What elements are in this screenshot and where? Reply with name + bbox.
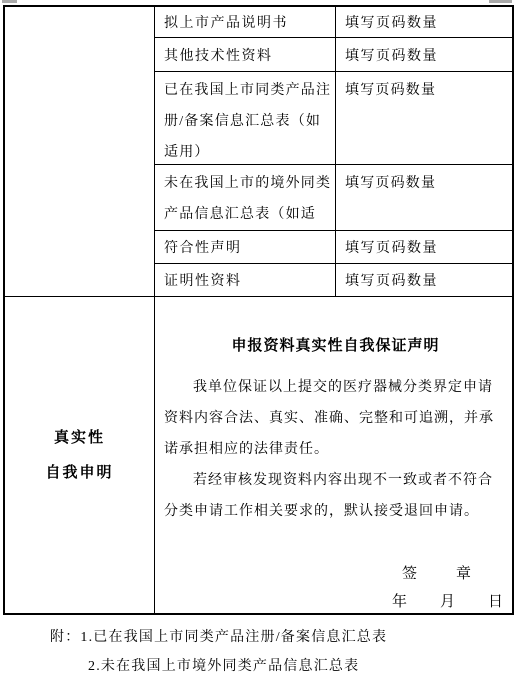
row-header-line2: 自我申明 xyxy=(45,455,113,490)
application-form-table: 真实性 自我申明 拟上市产品说明书 填写页码数量 其他技术性资料 填写页码数量 … xyxy=(3,5,514,615)
declaration-title: 申报资料真实性自我保证声明 xyxy=(164,334,507,355)
table-row: 符合性声明 填写页码数量 xyxy=(155,231,512,264)
attachment-footnotes: 附：1.已在我国上市同类产品注册/备案信息汇总表 2.未在我国上市境外同类产品信… xyxy=(0,623,517,681)
authenticity-declaration-cell: 申报资料真实性自我保证声明 我单位保证以上提交的医疗器械分类界定申请资料内容合法… xyxy=(155,297,512,613)
table-handle-mark-right xyxy=(489,0,512,3)
row-header-line1: 真实性 xyxy=(54,420,105,455)
page-count-field[interactable]: 填写页码数量 xyxy=(336,165,512,230)
checklist-item-label: 证明性资料 xyxy=(155,264,336,296)
checklist-item-label: 其他技术性资料 xyxy=(155,38,336,71)
page-count-field[interactable]: 填写页码数量 xyxy=(336,231,512,263)
date-field-label[interactable]: 年 月 日 xyxy=(392,590,504,611)
page-count-field[interactable]: 填写页码数量 xyxy=(336,38,512,71)
footnote-line-2: 2.未在我国上市境外同类产品信息汇总表 xyxy=(0,652,517,681)
footnote-item-1: 1.已在我国上市同类产品注册/备案信息汇总表 xyxy=(80,630,387,645)
declaration-body: 我单位保证以上提交的医疗器械分类界定申请资料内容合法、真实、准确、完整和可追溯，… xyxy=(164,372,507,527)
table-row: 未在我国上市的境外同类产品信息汇总表（如适用） 填写页码数量 xyxy=(155,165,512,231)
table-row: 拟上市产品说明书 填写页码数量 xyxy=(155,7,512,38)
table-row: 其他技术性资料 填写页码数量 xyxy=(155,38,512,72)
document-page: 真实性 自我申明 拟上市产品说明书 填写页码数量 其他技术性资料 填写页码数量 … xyxy=(0,0,517,681)
page-count-field[interactable]: 填写页码数量 xyxy=(336,264,512,296)
signature-stamp-label[interactable]: 签 章 xyxy=(402,562,474,583)
table-left-column: 真实性 自我申明 xyxy=(5,7,155,613)
checklist-item-label: 已在我国上市同类产品注册/备案信息汇总表（如适用） xyxy=(155,72,336,164)
page-count-field[interactable]: 填写页码数量 xyxy=(336,72,512,164)
checklist-item-label: 未在我国上市的境外同类产品信息汇总表（如适用） xyxy=(155,165,336,230)
table-row: 已在我国上市同类产品注册/备案信息汇总表（如适用） 填写页码数量 xyxy=(155,72,512,165)
checklist-item-label: 拟上市产品说明书 xyxy=(155,7,336,37)
footnote-prefix: 附： xyxy=(50,630,80,645)
table-handle-mark-left xyxy=(2,0,17,3)
declaration-paragraph-2: 若经审核发现资料内容出现不一致或者不符合分类申请工作相关要求的，默认接受退回申请… xyxy=(164,465,507,527)
footnote-item-2: 2.未在我国上市境外同类产品信息汇总表 xyxy=(88,659,359,674)
table-right-column: 拟上市产品说明书 填写页码数量 其他技术性资料 填写页码数量 已在我国上市同类产… xyxy=(155,7,512,613)
table-row: 证明性资料 填写页码数量 xyxy=(155,264,512,297)
page-count-field[interactable]: 填写页码数量 xyxy=(336,7,512,37)
declaration-paragraph-1: 我单位保证以上提交的医疗器械分类界定申请资料内容合法、真实、准确、完整和可追溯，… xyxy=(164,372,507,465)
row-header-authenticity-declaration: 真实性 自我申明 xyxy=(5,297,154,613)
footnote-line-1: 附：1.已在我国上市同类产品注册/备案信息汇总表 xyxy=(0,623,517,652)
checklist-item-label: 符合性声明 xyxy=(155,231,336,263)
merged-empty-cell xyxy=(5,7,154,297)
